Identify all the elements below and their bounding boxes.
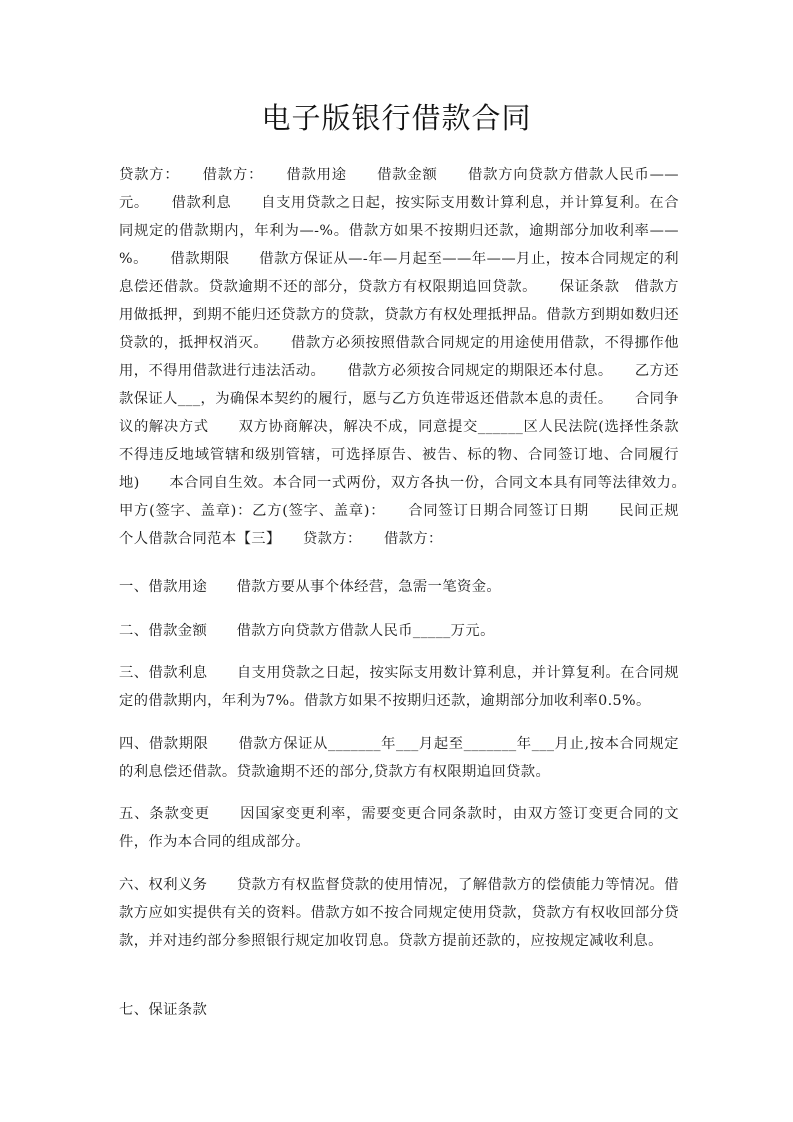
intro-paragraph: 贷款方： 借款方： 借款用途 借款金额 借款方向贷款方借款人民币——元。 借款利… [119,161,679,553]
document-page: 电子版银行借款合同 贷款方： 借款方： 借款用途 借款金额 借款方向贷款方借款人… [0,0,793,1122]
clause-rights-obligations: 六、权利义务 贷款方有权监督贷款的使用情况，了解借款方的偿债能力等情况。借款方应… [119,871,679,955]
clause-loan-interest: 三、借款利息 自支用贷款之日起，按实际支用数计算利息，并计算复利。在合同规定的借… [119,659,679,715]
clause-term-change: 五、条款变更 因国家变更利率，需要变更合同条款时，由双方签订变更合同的文件，作为… [119,800,679,856]
document-title: 电子版银行借款合同 [0,96,793,137]
clause-loan-term: 四、借款期限 借款方保证从_______年___月起至_______年___月止… [119,730,679,786]
clause-loan-amount: 二、借款金额 借款方向贷款方借款人民币_____万元。 [119,617,679,645]
clause-loan-purpose: 一、借款用途 借款方要从事个体经营，急需一笔资金。 [119,573,679,601]
clause-guarantee: 七、保证条款 [119,996,679,1024]
